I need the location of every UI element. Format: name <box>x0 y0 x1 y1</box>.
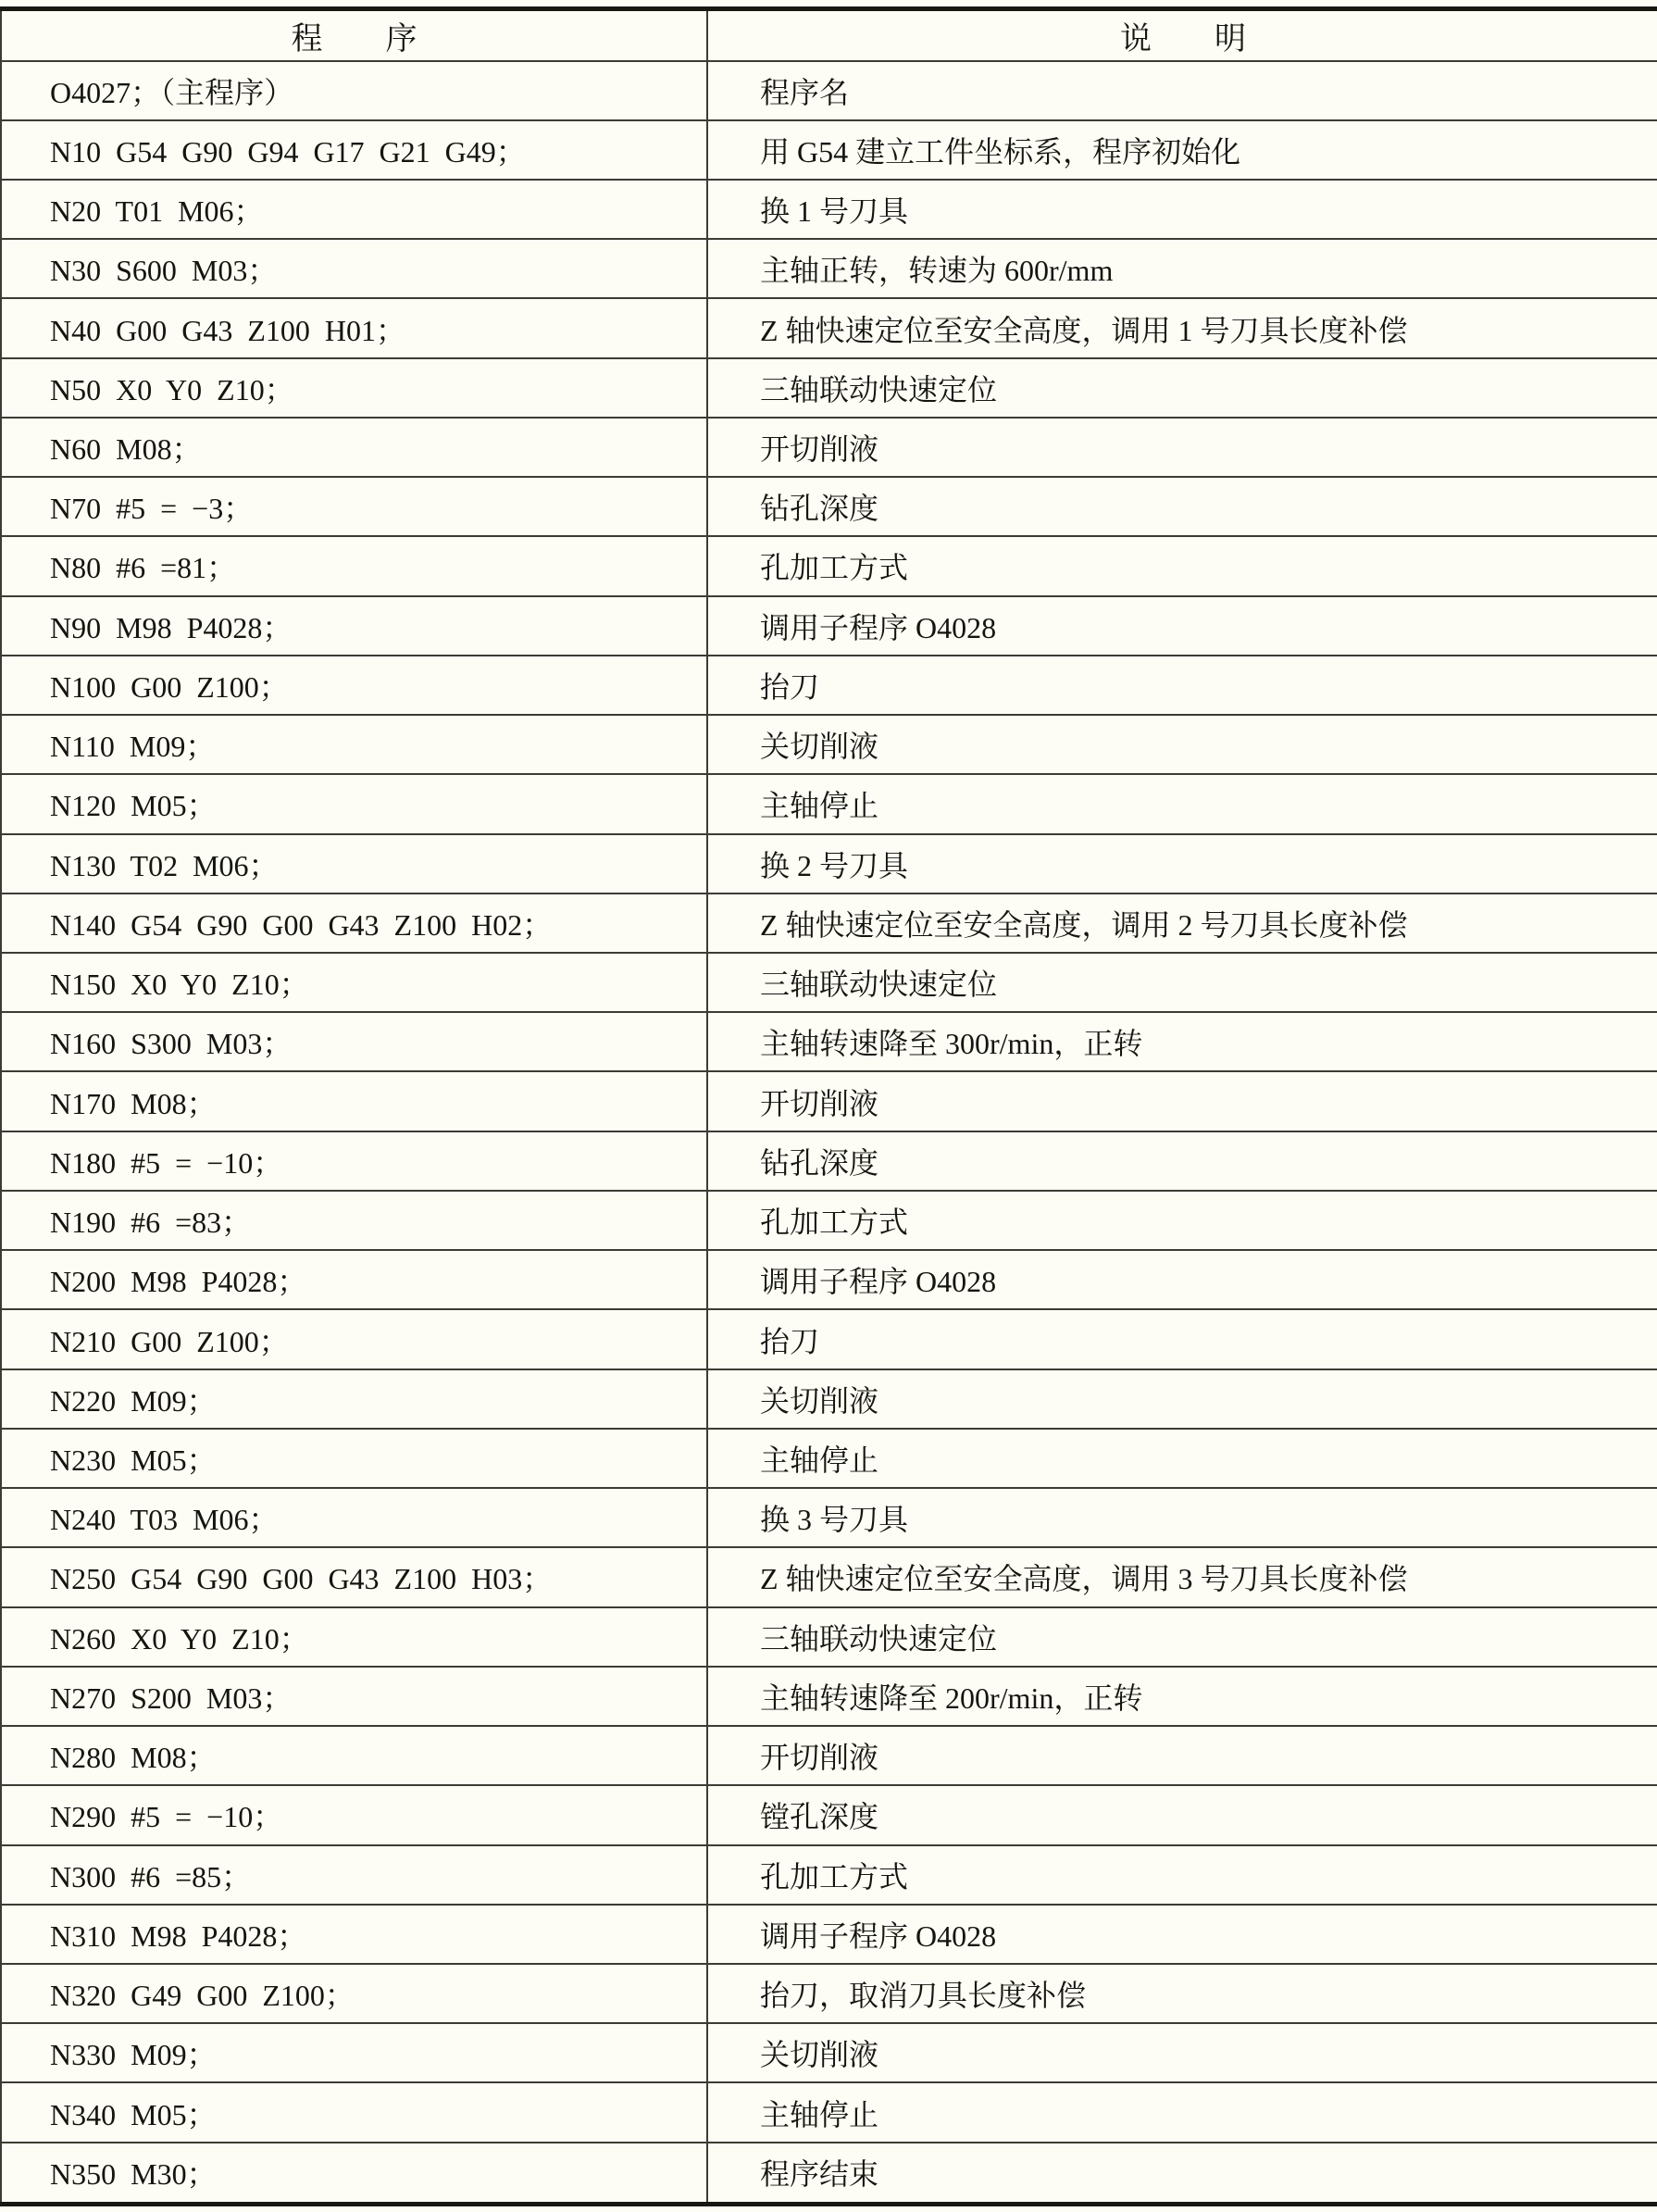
table-row: N120 M05；主轴停止 <box>1 774 1657 833</box>
program-cell: N120 M05； <box>1 774 707 833</box>
table-row: N340 M05；主轴停止 <box>1 2082 1657 2142</box>
program-cell: N330 M09； <box>1 2023 707 2082</box>
program-cell: N290 #5 = −10； <box>1 1785 707 1844</box>
program-cell: N240 T03 M06； <box>1 1488 707 1547</box>
program-cell: N160 S300 M03； <box>1 1012 707 1071</box>
program-cell: N10 G54 G90 G94 G17 G21 G49； <box>1 120 707 180</box>
table-row: N30 S600 M03；主轴正转，转速为 600r/mm <box>1 239 1657 298</box>
program-column-header: 程 序 <box>1 9 707 61</box>
table-row: N160 S300 M03；主轴转速降至 300r/min，正转 <box>1 1012 1657 1071</box>
table-row: N210 G00 Z100；抬刀 <box>1 1309 1657 1368</box>
table-row: N100 G00 Z100；抬刀 <box>1 656 1657 715</box>
table-row: N80 #6 =81；孔加工方式 <box>1 536 1657 595</box>
table-row: N250 G54 G90 G00 G43 Z100 H03；Z 轴快速定位至安全… <box>1 1547 1657 1606</box>
table-row: N230 M05；主轴停止 <box>1 1429 1657 1488</box>
note-cell: 关切削液 <box>707 1369 1657 1429</box>
table-row: N350 M30；程序结束 <box>1 2143 1657 2205</box>
note-cell: 开切削液 <box>707 1726 1657 1785</box>
table-row: N240 T03 M06；换 3 号刀具 <box>1 1488 1657 1547</box>
note-cell: 程序名 <box>707 61 1657 120</box>
table-row: N190 #6 =83；孔加工方式 <box>1 1191 1657 1250</box>
program-cell: N310 M98 P4028； <box>1 1905 707 1964</box>
program-cell: N30 S600 M03； <box>1 239 707 298</box>
note-cell: 孔加工方式 <box>707 1845 1657 1905</box>
note-cell: 主轴停止 <box>707 774 1657 833</box>
program-cell: N150 X0 Y0 Z10； <box>1 953 707 1012</box>
table-row: N130 T02 M06；换 2 号刀具 <box>1 834 1657 894</box>
table-row: N300 #6 =85；孔加工方式 <box>1 1845 1657 1905</box>
program-cell: N220 M09； <box>1 1369 707 1429</box>
table-row: N40 G00 G43 Z100 H01；Z 轴快速定位至安全高度，调用 1 号… <box>1 298 1657 357</box>
note-cell: 钻孔深度 <box>707 477 1657 536</box>
program-cell: N130 T02 M06； <box>1 834 707 894</box>
header-row: 程 序 说 明 <box>1 9 1657 61</box>
program-cell: N100 G00 Z100； <box>1 656 707 715</box>
program-cell: N300 #6 =85； <box>1 1845 707 1905</box>
table-row: O4027；（主程序）程序名 <box>1 61 1657 120</box>
note-column-header: 说 明 <box>707 9 1657 61</box>
program-cell: N90 M98 P4028； <box>1 596 707 656</box>
program-cell: O4027；（主程序） <box>1 61 707 120</box>
table-row: N220 M09；关切削液 <box>1 1369 1657 1429</box>
table-body: O4027；（主程序）程序名N10 G54 G90 G94 G17 G21 G4… <box>1 61 1657 2205</box>
note-cell: 调用子程序 O4028 <box>707 596 1657 656</box>
program-cell: N340 M05； <box>1 2082 707 2142</box>
cnc-program-table: 程 序 说 明 O4027；（主程序）程序名N10 G54 G90 G94 G1… <box>0 6 1657 2206</box>
table-row: N110 M09；关切削液 <box>1 715 1657 774</box>
note-cell: 抬刀 <box>707 1309 1657 1368</box>
program-cell: N270 S200 M03； <box>1 1667 707 1726</box>
note-cell: 主轴转速降至 200r/min，正转 <box>707 1667 1657 1726</box>
table-row: N260 X0 Y0 Z10；三轴联动快速定位 <box>1 1607 1657 1667</box>
note-cell: 关切削液 <box>707 2023 1657 2082</box>
note-cell: 抬刀，取消刀具长度补偿 <box>707 1964 1657 2023</box>
table-row: N90 M98 P4028；调用子程序 O4028 <box>1 596 1657 656</box>
table-row: N20 T01 M06；换 1 号刀具 <box>1 180 1657 239</box>
table-row: N150 X0 Y0 Z10；三轴联动快速定位 <box>1 953 1657 1012</box>
table-row: N320 G49 G00 Z100；抬刀，取消刀具长度补偿 <box>1 1964 1657 2023</box>
note-cell: 换 3 号刀具 <box>707 1488 1657 1547</box>
table-row: N330 M09；关切削液 <box>1 2023 1657 2082</box>
note-cell: 孔加工方式 <box>707 1191 1657 1250</box>
note-cell: 开切削液 <box>707 418 1657 477</box>
program-cell: N350 M30； <box>1 2143 707 2205</box>
table-row: N270 S200 M03；主轴转速降至 200r/min，正转 <box>1 1667 1657 1726</box>
note-cell: 换 2 号刀具 <box>707 834 1657 894</box>
table-row: N290 #5 = −10；镗孔深度 <box>1 1785 1657 1844</box>
note-cell: 换 1 号刀具 <box>707 180 1657 239</box>
note-cell: 关切削液 <box>707 715 1657 774</box>
table-row: N140 G54 G90 G00 G43 Z100 H02；Z 轴快速定位至安全… <box>1 894 1657 953</box>
note-cell: 用 G54 建立工件坐标系，程序初始化 <box>707 120 1657 180</box>
note-cell: Z 轴快速定位至安全高度，调用 3 号刀具长度补偿 <box>707 1547 1657 1606</box>
table-row: N60 M08；开切削液 <box>1 418 1657 477</box>
note-cell: 三轴联动快速定位 <box>707 1607 1657 1667</box>
table-row: N10 G54 G90 G94 G17 G21 G49；用 G54 建立工件坐标… <box>1 120 1657 180</box>
program-cell: N20 T01 M06； <box>1 180 707 239</box>
note-cell: 主轴停止 <box>707 2082 1657 2142</box>
note-cell: 三轴联动快速定位 <box>707 358 1657 418</box>
program-cell: N170 M08； <box>1 1071 707 1131</box>
note-cell: 主轴正转，转速为 600r/mm <box>707 239 1657 298</box>
note-cell: 开切削液 <box>707 1071 1657 1131</box>
note-cell: 三轴联动快速定位 <box>707 953 1657 1012</box>
program-cell: N180 #5 = −10； <box>1 1131 707 1191</box>
program-cell: N200 M98 P4028； <box>1 1250 707 1309</box>
program-cell: N260 X0 Y0 Z10； <box>1 1607 707 1667</box>
note-cell: 镗孔深度 <box>707 1785 1657 1844</box>
note-cell: 调用子程序 O4028 <box>707 1250 1657 1309</box>
note-cell: Z 轴快速定位至安全高度，调用 1 号刀具长度补偿 <box>707 298 1657 357</box>
table-row: N170 M08；开切削液 <box>1 1071 1657 1131</box>
table-row: N280 M08；开切削液 <box>1 1726 1657 1785</box>
note-cell: 主轴转速降至 300r/min，正转 <box>707 1012 1657 1071</box>
note-cell: 钻孔深度 <box>707 1131 1657 1191</box>
program-cell: N230 M05； <box>1 1429 707 1488</box>
table-row: N180 #5 = −10；钻孔深度 <box>1 1131 1657 1191</box>
document-page: 程 序 说 明 O4027；（主程序）程序名N10 G54 G90 G94 G1… <box>0 0 1657 2212</box>
program-cell: N40 G00 G43 Z100 H01； <box>1 298 707 357</box>
table-row: N200 M98 P4028；调用子程序 O4028 <box>1 1250 1657 1309</box>
program-cell: N110 M09； <box>1 715 707 774</box>
program-cell: N320 G49 G00 Z100； <box>1 1964 707 2023</box>
note-cell: 主轴停止 <box>707 1429 1657 1488</box>
program-cell: N80 #6 =81； <box>1 536 707 595</box>
program-cell: N190 #6 =83； <box>1 1191 707 1250</box>
note-cell: 调用子程序 O4028 <box>707 1905 1657 1964</box>
program-cell: N60 M08； <box>1 418 707 477</box>
program-cell: N210 G00 Z100； <box>1 1309 707 1368</box>
note-cell: 孔加工方式 <box>707 536 1657 595</box>
program-cell: N250 G54 G90 G00 G43 Z100 H03； <box>1 1547 707 1606</box>
program-cell: N280 M08； <box>1 1726 707 1785</box>
table-row: N310 M98 P4028；调用子程序 O4028 <box>1 1905 1657 1964</box>
program-cell: N50 X0 Y0 Z10； <box>1 358 707 418</box>
table-row: N50 X0 Y0 Z10；三轴联动快速定位 <box>1 358 1657 418</box>
note-cell: 抬刀 <box>707 656 1657 715</box>
program-cell: N140 G54 G90 G00 G43 Z100 H02； <box>1 894 707 953</box>
note-cell: 程序结束 <box>707 2143 1657 2205</box>
program-cell: N70 #5 = −3； <box>1 477 707 536</box>
table-row: N70 #5 = −3；钻孔深度 <box>1 477 1657 536</box>
note-cell: Z 轴快速定位至安全高度，调用 2 号刀具长度补偿 <box>707 894 1657 953</box>
